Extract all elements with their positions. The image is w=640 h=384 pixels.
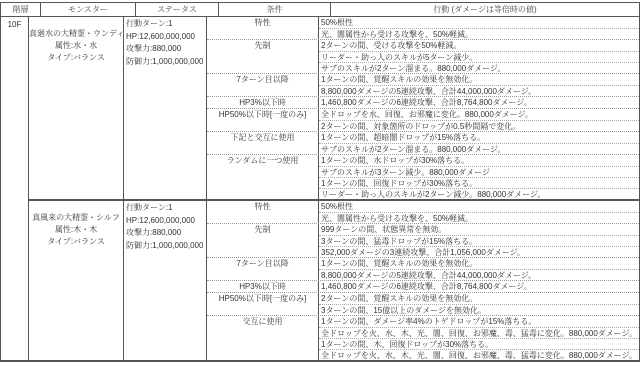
condition-cell: 先制 [207, 224, 319, 257]
action-text: 50%根性 [319, 201, 639, 212]
table-body: 10F 真廻水の大精霊・ウンディーネ属性:水・水タイプ:バランス行動ターン:1H… [1, 17, 639, 360]
stat-line: HP:12,600,000,000 [126, 31, 204, 44]
monster-stats-cell: 行動ターン:1HP:12,600,000,000攻撃力:880,000防御力:1… [124, 201, 207, 360]
action-text: 3ターンの間、15億以上のダメージを無効化。 [319, 304, 639, 315]
action-list: 1ターンの間、超暗闇ドロップが15%落ちる。サブのスキルが2ターン溜まる。880… [319, 132, 639, 154]
condition-cell: 特性 [207, 17, 319, 39]
stat-line: 防御力:1,000,000,000 [126, 240, 204, 253]
action-text: 光、闇属性から受ける攻撃を、50%軽減。 [319, 212, 639, 223]
action-text: サブのスキルが3ターン減少。880,000ダメージ [319, 166, 639, 177]
action-list: 1,460,800ダメージの6連続攻撃、合計8,764,800ダメージ。 [319, 281, 639, 292]
condition-cell: 交互に使用 [207, 316, 319, 360]
action-text: 1ターンの間、水ドロップが30%落ちる。 [319, 155, 639, 166]
action-text: 1,460,800ダメージの6連続攻撃、合計8,764,800ダメージ。 [319, 281, 639, 292]
monster-section: 真風来の大精霊・シルフ属性:木・木タイプ:バランス行動ターン:1HP:12,60… [29, 199, 639, 360]
stat-line: 防御力:1,000,000,000 [126, 56, 204, 69]
action-list: 全ドロップを水、回復、お邪魔に変化。880,000ダメージ。2ターンの間、対象箇… [319, 109, 639, 131]
action-list: 2ターンの間、受ける攻撃を50%軽減。リーダー・助っ人のスキルが5ターン減少。サ… [319, 40, 639, 73]
header-floor: 階層 [1, 3, 41, 16]
monster-attribute: 属性:水・水 [29, 40, 123, 52]
action-text: 全ドロップを火、水、木、光、闇、回復、お邪魔、毒、猛毒に変化。880,000ダメ… [319, 349, 639, 360]
action-text: 50%根性 [319, 17, 639, 28]
behavior-group: 7ターン目以降1ターンの間、覚醒スキルの効果を無効化。8,800,000ダメージ… [207, 73, 639, 96]
condition-cell: 下記と交互に使用 [207, 132, 319, 154]
action-list: 50%根性光、闇属性から受ける攻撃を、50%軽減。 [319, 17, 639, 39]
header-status: ステータス [136, 3, 219, 16]
monster-info-cell: 真廻水の大精霊・ウンディーネ属性:水・水タイプ:バランス [29, 17, 124, 199]
action-text: 3ターンの間、猛毒ドロップが15%落ちる。 [319, 235, 639, 246]
action-list: 50%根性光、闇属性から受ける攻撃を、50%軽減。 [319, 201, 639, 223]
action-text: 2ターンの間、覚醒スキルの効果を無効化。 [319, 293, 639, 304]
action-text: リーダー・助っ人のスキルが2ターン減少。880,000ダメージ。 [319, 188, 639, 199]
action-text: 999ターンの間、状態異常を無効。 [319, 224, 639, 235]
action-text: 全ドロップを水、回復、お邪魔に変化。880,000ダメージ。 [319, 109, 639, 120]
dungeon-enemy-table: 階層 モンスター ステータス 条件 行動 (ダメージは等倍時の値) 10F 真廻… [0, 2, 640, 362]
action-text: サブのスキルが2ターン溜まる。880,000ダメージ。 [319, 143, 639, 154]
header-monster: モンスター [41, 3, 136, 16]
action-text: 1,460,800ダメージの6連続攻撃、合計8,764,800ダメージ。 [319, 97, 639, 108]
header-action: 行動 (ダメージは等倍時の値) [331, 3, 639, 16]
condition-cell: HP50%以下時[一度のみ] [207, 293, 319, 315]
action-text: 1ターンの間、覚醒スキルの効果を無効化。 [319, 258, 639, 269]
behavior-group: 下記と交互に使用1ターンの間、超暗闇ドロップが15%落ちる。サブのスキルが2ター… [207, 131, 639, 154]
floor-cell: 10F [1, 17, 29, 360]
action-list: 1ターンの間、ダメージ率4%のトゲドロップが15%落ちる。全ドロップを火、水、木… [319, 316, 639, 360]
header-condition: 条件 [219, 3, 331, 16]
page: { "header": { "floor": "階層", "monster": … [0, 0, 640, 384]
stat-line: 攻撃力:880,000 [126, 43, 204, 56]
condition-cell: 7ターン目以降 [207, 74, 319, 96]
condition-cell: HP3%以下時 [207, 97, 319, 108]
action-text: 8,800,000ダメージの5連続攻撃、合計44,000,000ダメージ。 [319, 269, 639, 280]
condition-cell: 特性 [207, 201, 319, 223]
behavior-group: HP3%以下時1,460,800ダメージの6連続攻撃、合計8,764,800ダメ… [207, 280, 639, 292]
behavior-group: 先制2ターンの間、受ける攻撃を50%軽減。リーダー・助っ人のスキルが5ターン減少… [207, 39, 639, 73]
behavior-group: HP50%以下時[一度のみ]2ターンの間、覚醒スキルの効果を無効化。3ターンの間… [207, 292, 639, 315]
action-text: 2ターンの間、受ける攻撃を50%軽減。 [319, 40, 639, 51]
monster-name: 真廻水の大精霊・ウンディーネ [29, 28, 123, 40]
action-list: 1ターンの間、水ドロップが30%落ちる。サブのスキルが3ターン減少。880,00… [319, 155, 639, 199]
action-text: 352,000ダメージの3連続攻撃、合計1,056,000ダメージ。 [319, 246, 639, 257]
behavior-group: 特性50%根性光、闇属性から受ける攻撃を、50%軽減。 [207, 17, 639, 39]
monster-info-cell: 真風来の大精霊・シルフ属性:木・木タイプ:バランス [29, 201, 124, 360]
stat-line: 攻撃力:880,000 [126, 227, 204, 240]
behavior-group: 特性50%根性光、闇属性から受ける攻撃を、50%軽減。 [207, 201, 639, 223]
stat-line: HP:12,600,000,000 [126, 215, 204, 228]
monsters-container: 真廻水の大精霊・ウンディーネ属性:水・水タイプ:バランス行動ターン:1HP:12… [29, 17, 639, 360]
monster-section: 真廻水の大精霊・ウンディーネ属性:水・水タイプ:バランス行動ターン:1HP:12… [29, 17, 639, 199]
action-list: 999ターンの間、状態異常を無効。3ターンの間、猛毒ドロップが15%落ちる。35… [319, 224, 639, 257]
monster-stats-cell: 行動ターン:1HP:12,600,000,000攻撃力:880,000防御力:1… [124, 17, 207, 199]
action-list: 1ターンの間、覚醒スキルの効果を無効化。8,800,000ダメージの5連続攻撃、… [319, 74, 639, 96]
monster-name: 真風来の大精霊・シルフ [29, 212, 123, 224]
behavior-groups: 特性50%根性光、闇属性から受ける攻撃を、50%軽減。先制2ターンの間、受ける攻… [207, 17, 639, 199]
monster-type: タイプ:バランス [29, 52, 123, 64]
monster-attribute: 属性:木・木 [29, 224, 123, 236]
action-list: 1,460,800ダメージの6連続攻撃、合計8,764,800ダメージ。 [319, 97, 639, 108]
action-text: 光、闇属性から受ける攻撃を、50%軽減。 [319, 28, 639, 39]
action-text: 1ターンの間、ダメージ率4%のトゲドロップが15%落ちる。 [319, 316, 639, 327]
action-text: 1ターンの間、覚醒スキルの効果を無効化。 [319, 74, 639, 85]
action-list: 2ターンの間、覚醒スキルの効果を無効化。3ターンの間、15億以上のダメージを無効… [319, 293, 639, 315]
behavior-groups: 特性50%根性光、闇属性から受ける攻撃を、50%軽減。先制999ターンの間、状態… [207, 201, 639, 360]
behavior-group: 先制999ターンの間、状態異常を無効。3ターンの間、猛毒ドロップが15%落ちる。… [207, 223, 639, 257]
action-text: 全ドロップを火、水、木、光、闇、回復、お邪魔、毒、猛毒に変化。880,000ダメ… [319, 327, 639, 338]
monster-type: タイプ:バランス [29, 236, 123, 248]
action-text: 2ターンの間、対象箇所のドロップが0.5秒間隔で変化。 [319, 120, 639, 131]
behavior-group: HP3%以下時1,460,800ダメージの6連続攻撃、合計8,764,800ダメ… [207, 96, 639, 108]
condition-cell: HP50%以下時[一度のみ] [207, 109, 319, 131]
condition-cell: 7ターン目以降 [207, 258, 319, 280]
action-text: 1ターンの間、回復ドロップが30%落ちる。 [319, 177, 639, 188]
action-text: 1ターンの間、木、回復ドロップが30%落ちる。 [319, 338, 639, 349]
behavior-group: 7ターン目以降1ターンの間、覚醒スキルの効果を無効化。8,800,000ダメージ… [207, 257, 639, 280]
behavior-group: HP50%以下時[一度のみ]全ドロップを水、回復、お邪魔に変化。880,000ダ… [207, 108, 639, 131]
table-header-row: 階層 モンスター ステータス 条件 行動 (ダメージは等倍時の値) [1, 3, 639, 17]
action-text: 1ターンの間、超暗闇ドロップが15%落ちる。 [319, 132, 639, 143]
stat-line: 行動ターン:1 [126, 18, 204, 31]
condition-cell: ランダムに一つ使用 [207, 155, 319, 199]
action-text: 8,800,000ダメージの5連続攻撃、合計44,000,000ダメージ。 [319, 85, 639, 96]
behavior-group: ランダムに一つ使用1ターンの間、水ドロップが30%落ちる。サブのスキルが3ターン… [207, 154, 639, 199]
action-list: 1ターンの間、覚醒スキルの効果を無効化。8,800,000ダメージの5連続攻撃、… [319, 258, 639, 280]
behavior-group: 交互に使用1ターンの間、ダメージ率4%のトゲドロップが15%落ちる。全ドロップを… [207, 315, 639, 360]
stat-line: 行動ターン:1 [126, 202, 204, 215]
action-text: サブのスキルが2ターン溜まる。880,000ダメージ。 [319, 62, 639, 73]
condition-cell: HP3%以下時 [207, 281, 319, 292]
condition-cell: 先制 [207, 40, 319, 73]
action-text: リーダー・助っ人のスキルが5ターン減少。 [319, 51, 639, 62]
